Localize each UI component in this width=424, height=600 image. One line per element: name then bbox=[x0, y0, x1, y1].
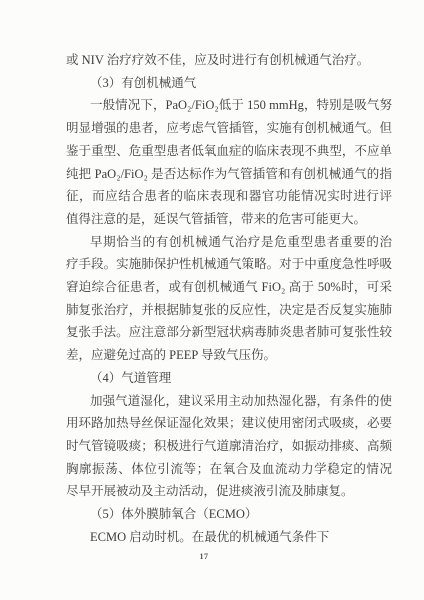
text-line: 明显增强的患者，应考虑气管插管，实施有创机械通气。但 bbox=[66, 117, 392, 140]
text-line: 或 NIV 治疗疗效不佳，应及时进行有创机械通气治疗。 bbox=[66, 49, 392, 72]
document-body: 或 NIV 治疗疗效不佳，应及时进行有创机械通气治疗。（3）有创机械通气一般情况… bbox=[66, 49, 392, 548]
text-line: 早期恰当的有创机械通气治疗是危重型患者重要的治 bbox=[66, 231, 392, 254]
text-line: 疗手段。实施肺保护性机械通气策略。对于中重度急性呼吸 bbox=[66, 253, 392, 276]
text-line: 用环路加热导丝保证湿化效果；建议使用密闭式吸痰，必要 bbox=[66, 412, 392, 435]
text-line: 纯把 PaO₂/FiO₂ 是否达标作为气管插管和有创机械通气的指 bbox=[66, 163, 392, 186]
text-line: 肺复张治疗，并根据肺复张的反应性，决定是否反复实施肺 bbox=[66, 299, 392, 322]
text-line: 窘迫综合征患者，或有创机械通气 FiO₂ 高于 50%时，可采用 bbox=[66, 276, 392, 299]
text-line: 复张手法。应注意部分新型冠状病毒肺炎患者肺可复张性较 bbox=[66, 321, 392, 344]
text-line: 一般情况下，PaO₂/FiO₂低于 150 mmHg，特别是吸气努力 bbox=[66, 94, 392, 117]
text-line: 鉴于重型、危重型患者低氧血症的临床表现不典型，不应单 bbox=[66, 140, 392, 163]
text-line: （3）有创机械通气 bbox=[66, 72, 392, 95]
text-line: 胸廓振荡、体位引流等；在氧合及血流动力学稳定的情况下， bbox=[66, 458, 392, 481]
document-page: 或 NIV 治疗疗效不佳，应及时进行有创机械通气治疗。（3）有创机械通气一般情况… bbox=[0, 0, 424, 600]
text-line: 征，而应结合患者的临床表现和器官功能情况实时进行评估。 bbox=[66, 185, 392, 208]
text-line: 加强气道湿化，建议采用主动加热湿化器，有条件的使 bbox=[66, 390, 392, 413]
text-line: ECMO 启动时机。在最优的机械通气条件下（FiO₂≥80%， bbox=[66, 526, 392, 549]
text-line: （4）气道管理 bbox=[66, 367, 392, 390]
text-line: 差，应避免过高的 PEEP 导致气压伤。 bbox=[66, 344, 392, 367]
text-line: （5）体外膜肺氧合（ECMO） bbox=[66, 503, 392, 526]
page-number: 17 bbox=[0, 552, 408, 561]
text-line: 尽早开展被动及主动活动，促进痰液引流及肺康复。 bbox=[66, 480, 392, 503]
text-line: 值得注意的是，延误气管插管，带来的危害可能更大。 bbox=[66, 208, 392, 231]
text-line: 时气管镜吸痰；积极进行气道廓清治疗，如振动排痰、高频 bbox=[66, 435, 392, 458]
